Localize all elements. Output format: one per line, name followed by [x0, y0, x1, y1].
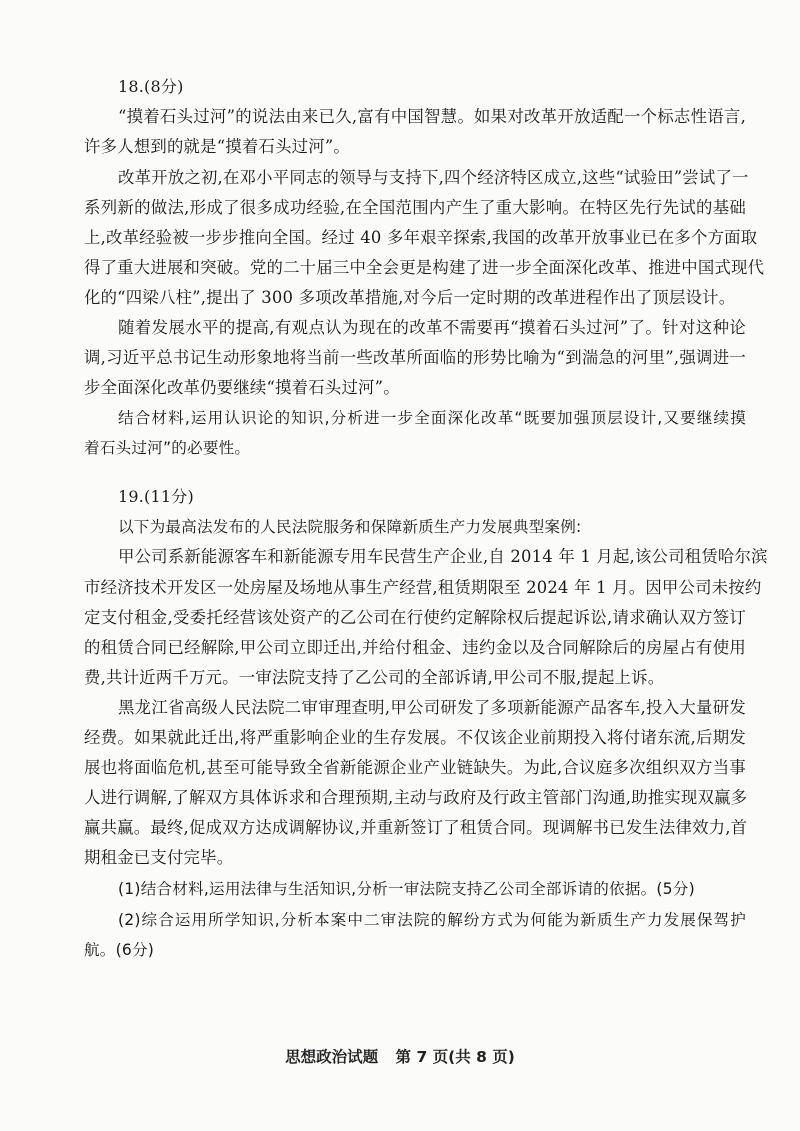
q18-paragraph-line: 化的“四梁八柱”,提出了 300 多项改革措施,对今后一定时期的改革进程作出了顶… [84, 288, 746, 308]
q19-paragraph-line: 以下为最高法发布的人民法院服务和保障新质生产力发展典型案例: [118, 517, 746, 537]
q18-paragraph-line: 上,改革经验被一步步推向全国。经过 40 多年艰辛探索,我国的改革开放事业已在多… [84, 228, 746, 248]
q18-paragraph-line: 得了重大进展和突破。党的二十届三中全会更是构建了进一步全面深化改革、推进中国式现… [84, 258, 746, 278]
q18-paragraph-line: 步全面深化改革仍要继续“摸着石头过河”。 [84, 378, 746, 398]
q18-paragraph-line: 改革开放之初,在邓小平同志的领导与支持下,四个经济特区成立,这些“试验田”尝试了… [118, 168, 746, 188]
footer-subject: 思想政治试题 [285, 1048, 378, 1066]
q19-subquestion-2: (2)综合运用所学知识,分析本案中二审法院的解纷方式为何能为新质生产力发展保驾护 [118, 910, 746, 930]
q19-paragraph-line: 定支付租金,受委托经营该处资产的乙公司在行使约定解除权后提起诉讼,请求确认双方签… [84, 608, 746, 628]
q18-prompt-line: 结合材料,运用认识论的知识,分析进一步全面深化改革“既要加强顶层设计,又要继续摸 [118, 408, 746, 428]
q19-paragraph-line: 赢共赢。最终,促成双方达成调解协议,并重新签订了租赁合同。现调解书已发生法律效力… [84, 818, 746, 838]
q18-paragraph-line: 随着发展水平的提高,有观点认为现在的改革不需要再“摸着石头过河”了。针对这种论 [118, 318, 746, 338]
footer-page-number: 第 7 页(共 8 页) [396, 1048, 515, 1066]
q19-paragraph-line: 展也将面临危机,甚至可能导致全省新能源企业产业链缺失。为此,合议庭多次组织双方当… [84, 758, 746, 778]
q19-paragraph-line: 黑龙江省高级人民法院二审审理查明,甲公司研发了多项新能源产品客车,投入大量研发 [118, 698, 746, 718]
q19-paragraph-line: 人进行调解,了解双方具体诉求和合理预期,主动与政府及行政主管部门沟通,助推实现双… [84, 788, 746, 808]
q19-paragraph-line: 市经济技术开发区一处房屋及场地从事生产经营,租赁期限至 2024 年 1 月。因… [84, 578, 746, 598]
q19-paragraph-line: 期租金已支付完毕。 [84, 848, 746, 868]
q18-paragraph-line: 系列新的做法,形成了很多成功经验,在全国范围内产生了重大影响。在特区先行先试的基… [84, 198, 746, 218]
q18-paragraph-line: “摸着石头过河”的说法由来已久,富有中国智慧。如果对改革开放适配一个标志性语言, [118, 107, 746, 127]
q19-subquestion-1: (1)结合材料,运用法律与生活知识,分析一审法院支持乙公司全部诉请的依据。(5分… [118, 879, 746, 899]
q19-paragraph-line: 费,共计近两千万元。一审法院支持了乙公司的全部诉请,甲公司不服,提起上诉。 [84, 668, 746, 688]
q18-paragraph-line: 许多人想到的就是“摸着石头过河”。 [84, 137, 746, 157]
q18-paragraph-line: 调,习近平总书记生动形象地将当前一些改革所面临的形势比喻为“到湍急的河里”,强调… [84, 348, 746, 368]
q19-paragraph-line: 甲公司系新能源客车和新能源专用车民营生产企业,自 2014 年 1 月起,该公司… [118, 547, 746, 567]
question-18-header: 18.(8分) [118, 77, 780, 97]
exam-page: 18.(8分) “摸着石头过河”的说法由来已久,富有中国智慧。如果对改革开放适配… [0, 0, 800, 1131]
page-footer: 思想政治试题 第 7 页(共 8 页) [0, 1045, 800, 1067]
q18-prompt-line: 着石头过河”的必要性。 [84, 438, 746, 458]
q19-paragraph-line: 经费。如果就此迁出,将严重影响企业的生存发展。不仅该企业前期投入将付诸东流,后期… [84, 728, 746, 748]
question-19-header: 19.(11分) [118, 487, 780, 507]
q19-paragraph-line: 的租赁合同已经解除,甲公司立即迁出,并给付租金、违约金以及合同解除后的房屋占有使… [84, 638, 746, 658]
q19-subquestion-2-cont: 航。(6分) [84, 940, 746, 960]
